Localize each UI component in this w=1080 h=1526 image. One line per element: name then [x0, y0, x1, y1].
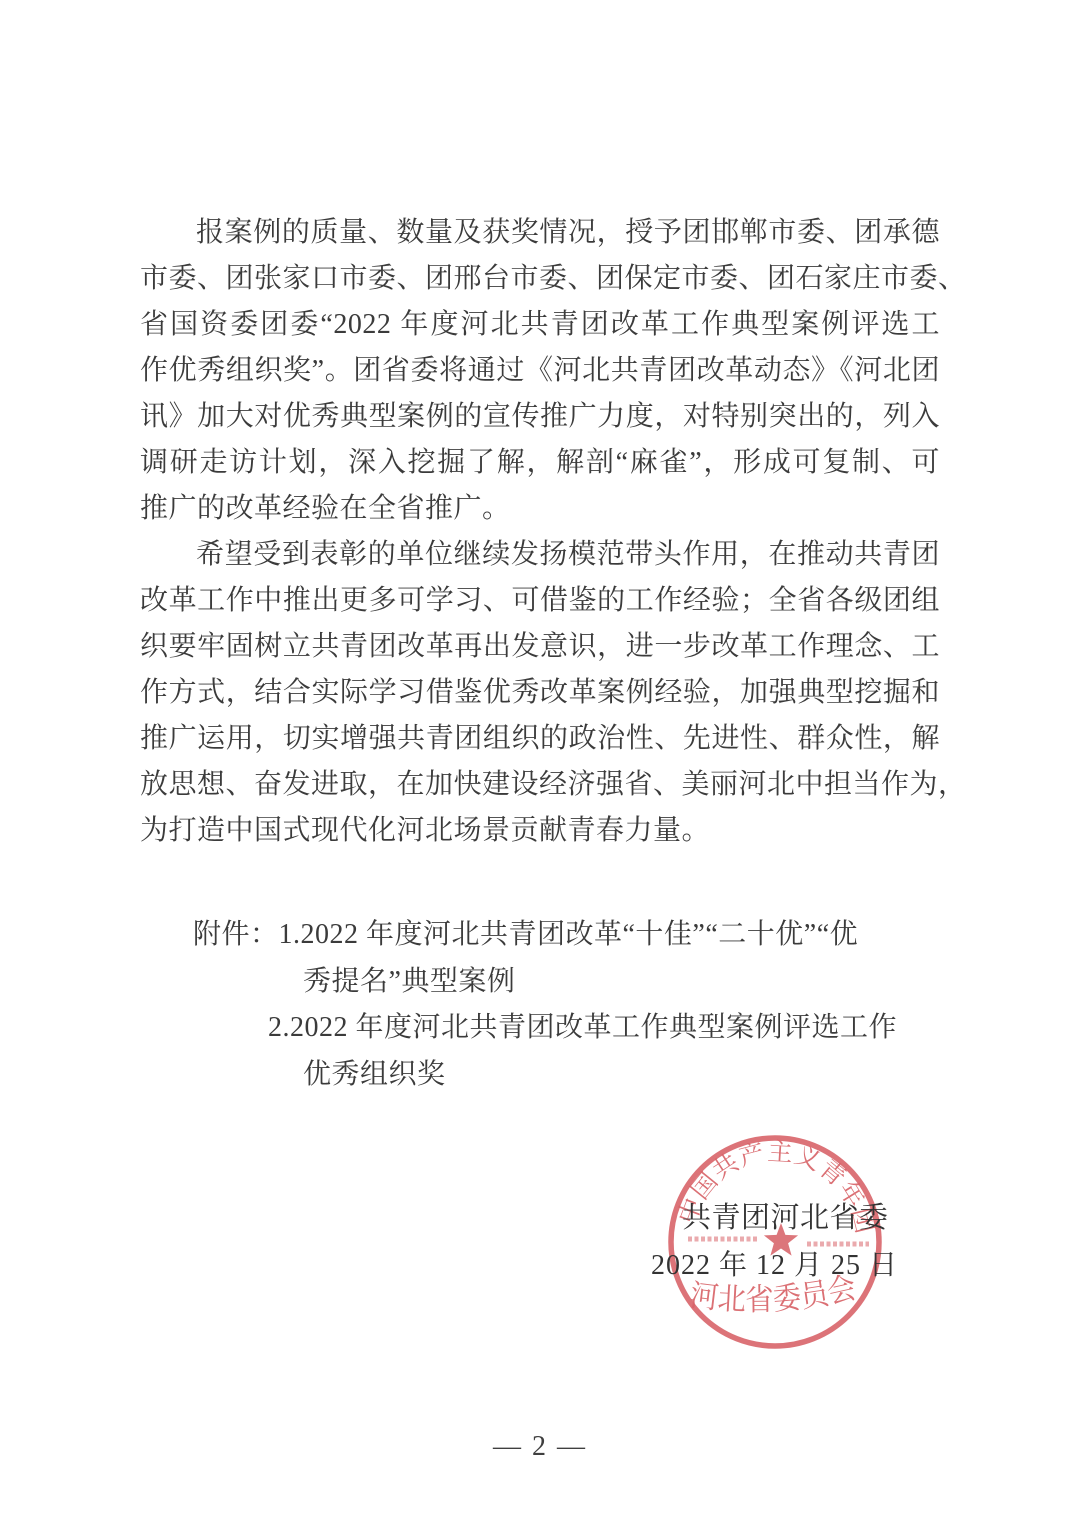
attachment-list: 附件：1.2022 年度河北共青团改革“十佳”“二十优”“优 秀提名”典型案例 …	[193, 912, 897, 1098]
body-line: 省国资委团委“2022 年度河北共青团改革工作典型案例评选工	[140, 302, 940, 348]
body-line: 推广运用，切实增强共青团组织的政治性、先进性、群众性，解	[140, 716, 940, 762]
body-line: 希望受到表彰的单位继续发扬模范带头作用，在推动共青团	[140, 532, 940, 578]
page-number: — 2 —	[0, 1427, 1080, 1467]
attachment-line: 附件：1.2022 年度河北共青团改革“十佳”“二十优”“优	[193, 912, 897, 959]
body-line: 作优秀组织奖”。团省委将通过《河北共青团改革动态》《河北团	[140, 348, 940, 394]
letter-body: 报案例的质量、数量及获奖情况，授予团邯郸市委、团承德 市委、团张家口市委、团邢台…	[140, 210, 940, 854]
body-line: 讯》加大对优秀典型案例的宣传推广力度，对特别突出的，列入	[140, 394, 940, 440]
attachment-line: 2.2022 年度河北共青团改革工作典型案例评选工作	[268, 1005, 897, 1052]
body-line: 调研走访计划，深入挖掘了解，解剖“麻雀”，形成可复制、可	[140, 440, 940, 486]
body-line: 作方式，结合实际学习借鉴优秀改革案例经验，加强典型挖掘和	[140, 670, 940, 716]
body-line: 织要牢固树立共青团改革再出发意识，进一步改革工作理念、工	[140, 624, 940, 670]
body-line: 市委、团张家口市委、团邢台市委、团保定市委、团石家庄市委、	[140, 256, 940, 302]
signature-date: 2022 年 12 月 25 日	[651, 1246, 898, 1286]
body-line: 改革工作中推出更多可学习、可借鉴的工作经验；全省各级团组	[140, 578, 940, 624]
signature-org: 共青团河北省委	[682, 1198, 889, 1238]
body-line: 放思想、奋发进取，在加快建设经济强省、美丽河北中担当作为，	[140, 762, 940, 808]
attachment-line: 秀提名”典型案例	[303, 959, 897, 1006]
document-page: 报案例的质量、数量及获奖情况，授予团邯郸市委、团承德 市委、团张家口市委、团邢台…	[0, 0, 1080, 1526]
body-line: 报案例的质量、数量及获奖情况，授予团邯郸市委、团承德	[140, 210, 940, 256]
body-line: 为打造中国式现代化河北场景贡献青春力量。	[140, 808, 940, 854]
body-line: 推广的改革经验在全省推广。	[140, 486, 940, 532]
official-seal: 中国共产主义青年团 河北省委员会	[625, 1092, 925, 1392]
